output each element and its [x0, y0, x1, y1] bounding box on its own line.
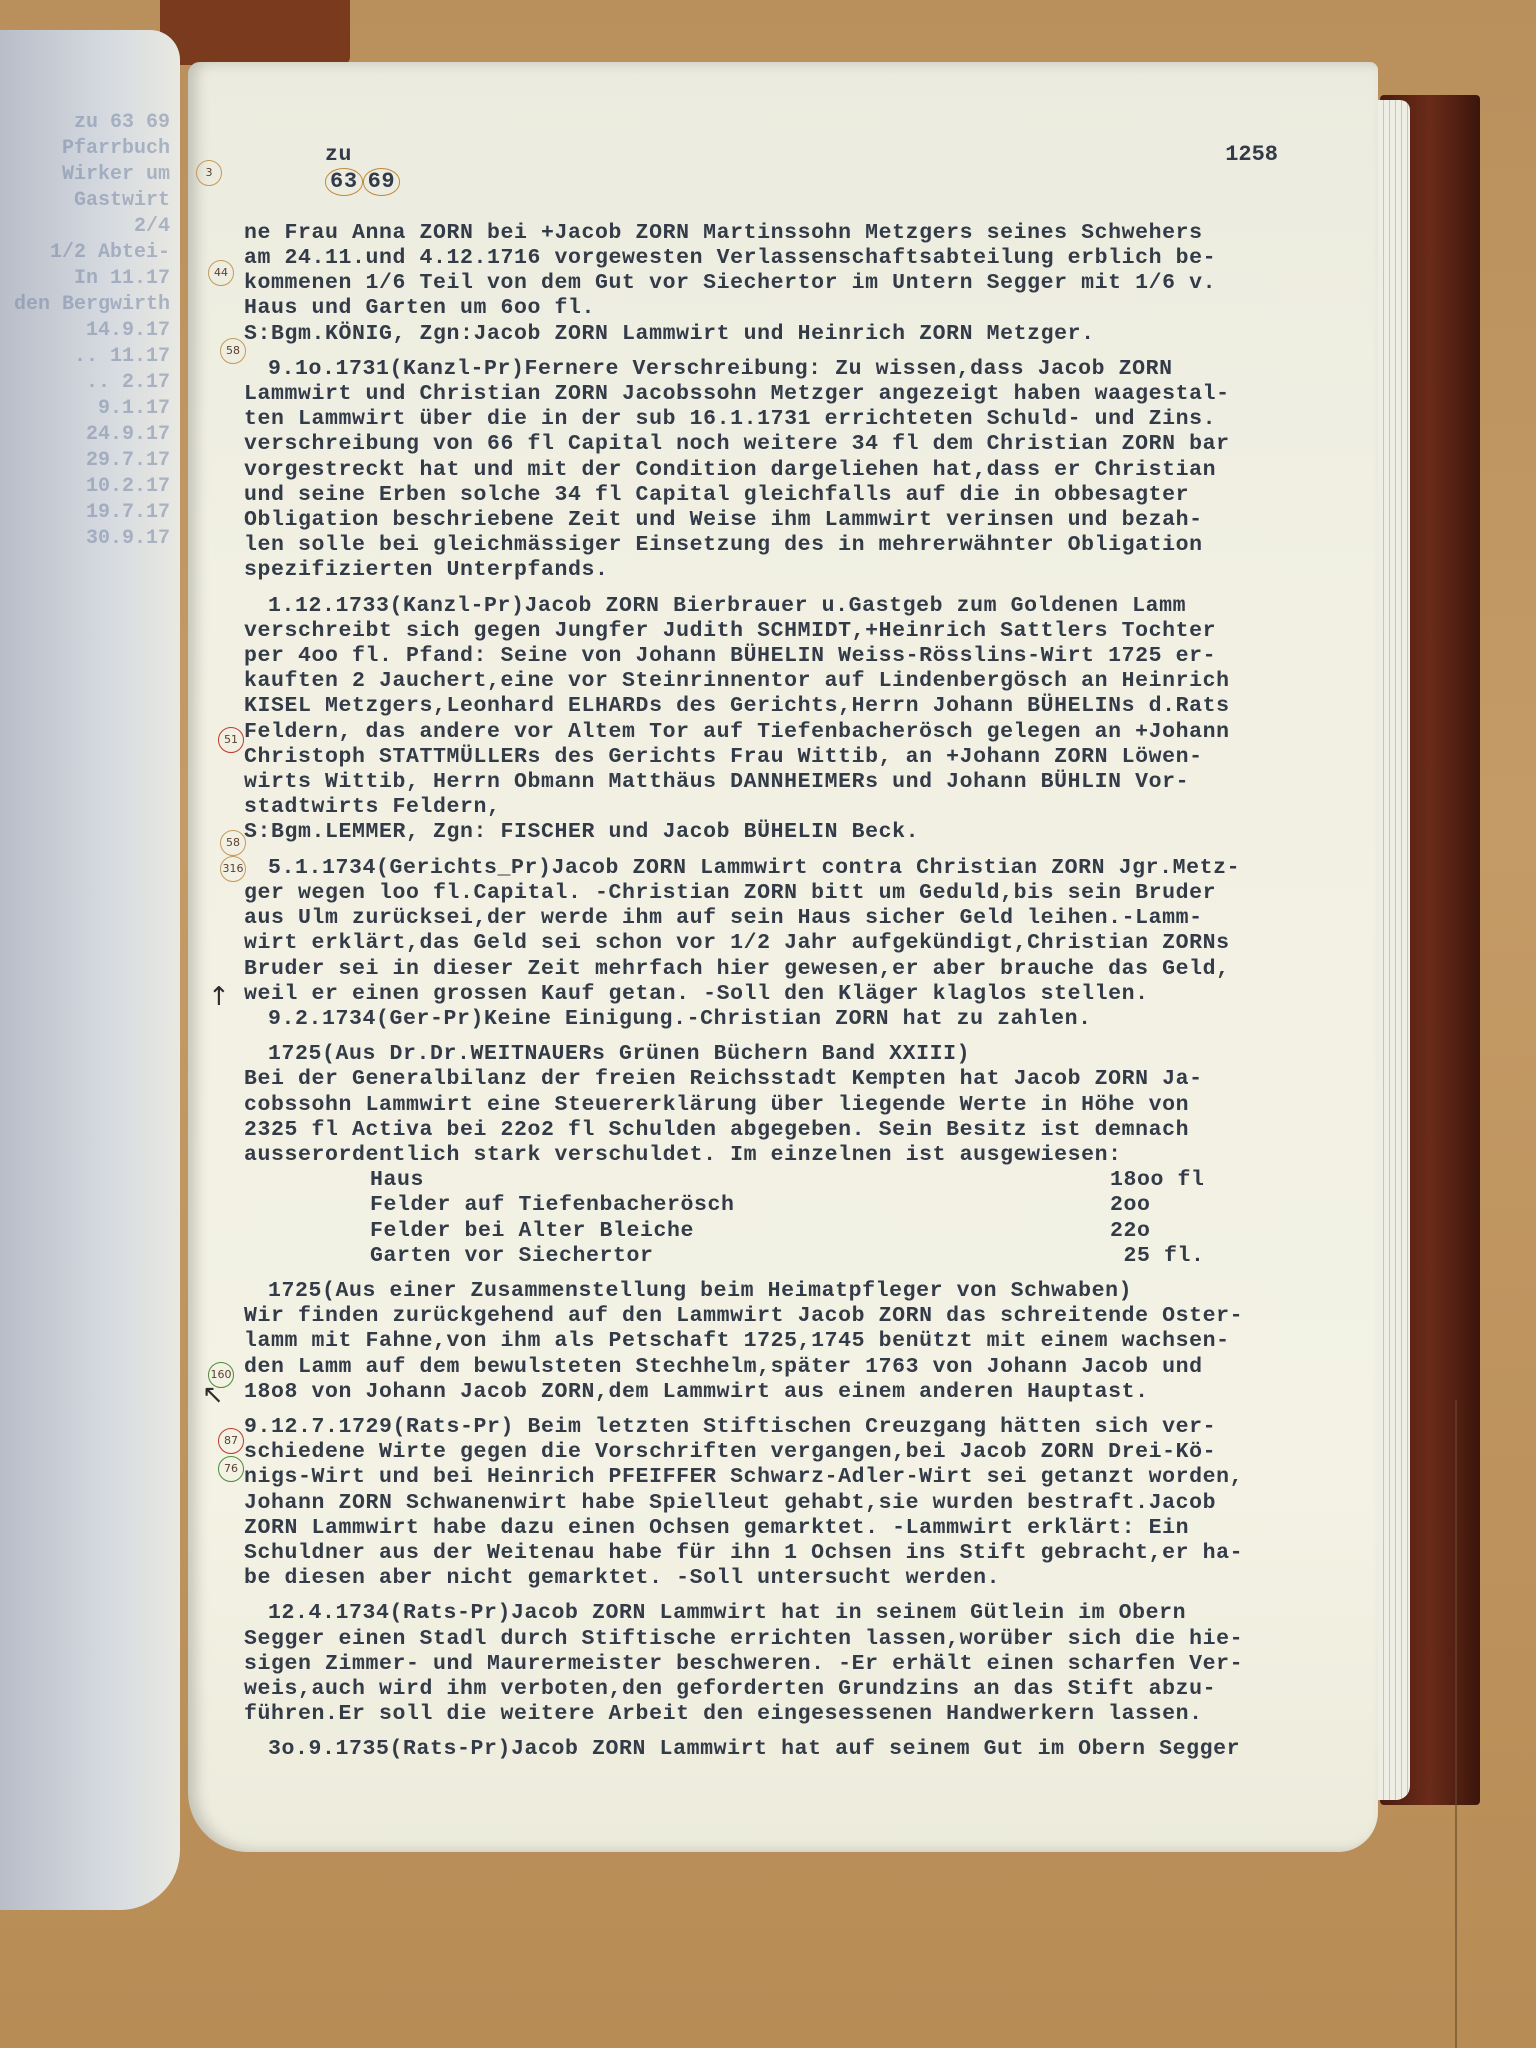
margin-note: 76 [218, 1456, 244, 1482]
table-row: Felder bei Alter Bleiche22o [370, 1219, 1250, 1244]
entry-1725-steuer: 1725(Aus Dr.Dr.WEITNAUERs Grünen Büchern… [244, 1042, 1364, 1269]
margin-note: 44 [208, 260, 234, 286]
margin-note: 3 [196, 160, 222, 186]
entry-1731-verschreibung: 9.1o.1731(Kanzl-Pr)Fernere Verschreibung… [244, 357, 1364, 584]
reference-number: 63 [325, 168, 363, 195]
desk-seam [1455, 1400, 1457, 2048]
left-page-text: zu 63 69 Pfarrbuch Wirker um Gastwirt 2/… [0, 110, 170, 552]
margin-note: 58 [220, 830, 246, 856]
left-page: zu 63 69 Pfarrbuch Wirker um Gastwirt 2/… [0, 30, 180, 1910]
asset-table: Haus18oo fl Felder auf Tiefenbacherösch2… [370, 1168, 1250, 1269]
margin-arrow-icon: ↖ [202, 1380, 224, 1410]
margin-arrow-icon: ↑ [208, 982, 230, 1012]
entry-1734-gericht: 5.1.1734(Gerichts_Pr)Jacob ZORN Lammwirt… [244, 856, 1364, 1032]
margin-note: 51 [218, 727, 244, 753]
entry-1729-rat: 9.12.7.1729(Rats-Pr) Beim letzten Stifti… [244, 1415, 1364, 1591]
typewritten-text: zu 6369 ne Frau Anna ZORN bei +Jacob ZOR… [244, 118, 1364, 1763]
book-spine-cover [160, 0, 350, 65]
table-row: Felder auf Tiefenbacherösch2oo [370, 1193, 1250, 1218]
margin-note: 58 [220, 338, 246, 364]
table-row: Haus18oo fl [370, 1168, 1250, 1193]
entry-1725-wappen: 1725(Aus einer Zusammenstellung beim Hei… [244, 1279, 1364, 1405]
entry-1733-verschreibung: 1.12.1733(Kanzl-Pr)Jacob ZORN Bierbrauer… [244, 594, 1364, 846]
margin-note: 87 [218, 1428, 244, 1454]
entry-inheritance: ne Frau Anna ZORN bei +Jacob ZORN Martin… [244, 221, 1364, 347]
margin-note: 316 [220, 856, 246, 882]
right-page: 1258 3 44 58 51 58 316 160 87 76 ↑ ↖ zu … [188, 62, 1378, 1852]
entry-1734-rat: 12.4.1734(Rats-Pr)Jacob ZORN Lammwirt ha… [244, 1601, 1364, 1727]
reference-number: 69 [363, 168, 401, 195]
reference-header: zu 6369 [244, 118, 1364, 221]
table-row: Garten vor Siechertor 25 fl. [370, 1244, 1250, 1269]
entry-1735-rat: 3o.9.1735(Rats-Pr)Jacob ZORN Lammwirt ha… [244, 1737, 1364, 1762]
